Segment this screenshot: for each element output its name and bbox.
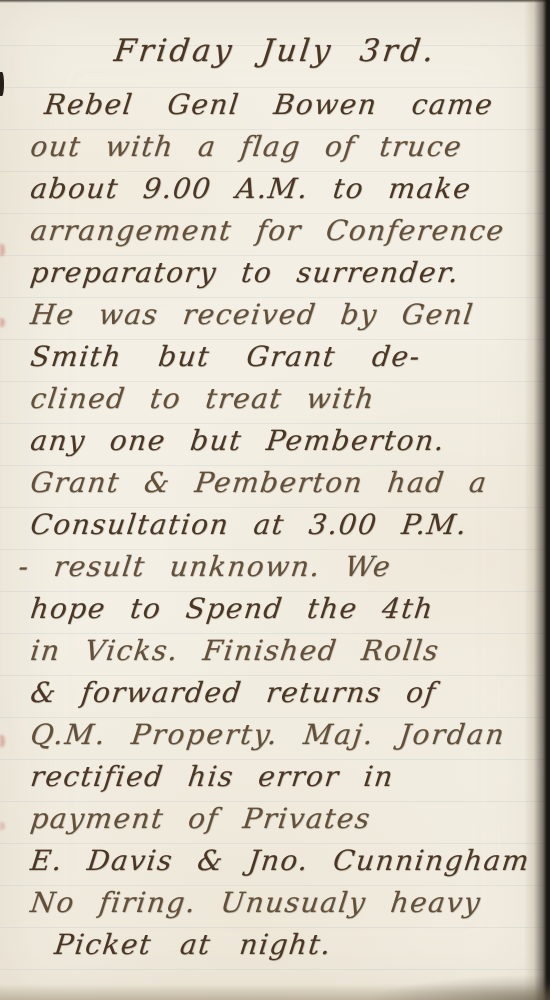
manuscript-line: He was received by Genl <box>0 294 550 336</box>
manuscript-line: in Vicks. Finished Rolls <box>0 630 550 672</box>
manuscript-line: rectified his error in <box>0 756 550 798</box>
manuscript-line: about 9.00 A.M. to make <box>0 168 550 210</box>
manuscript-line: payment of Privates <box>0 798 550 840</box>
manuscript-line: arrangement for Conference <box>0 210 550 252</box>
diary-page: Friday July 3rd. Rebel Genl Bowen came o… <box>0 0 550 1000</box>
manuscript-line: out with a flag of truce <box>0 126 550 168</box>
manuscript-line: - result unknown. We <box>0 546 550 588</box>
manuscript-line: Picket at night. <box>0 924 550 966</box>
manuscript-line: Q.M. Property. Maj. Jordan <box>0 714 550 756</box>
manuscript-line: hope to Spend the 4th <box>0 588 550 630</box>
manuscript-line: Grant & Pemberton had a <box>0 462 550 504</box>
manuscript-line: preparatory to surrender. <box>0 252 550 294</box>
entry-date-heading: Friday July 3rd. <box>0 22 550 84</box>
manuscript-line: any one but Pemberton. <box>0 420 550 462</box>
manuscript-line: clined to treat with <box>0 378 550 420</box>
manuscript-line: Rebel Genl Bowen came <box>0 84 550 126</box>
bottom-right-corner-shadow <box>320 970 550 1000</box>
manuscript-text: Friday July 3rd. Rebel Genl Bowen came o… <box>0 0 550 966</box>
manuscript-line: Smith but Grant de- <box>0 336 550 378</box>
manuscript-line: E. Davis & Jno. Cunningham <box>0 840 550 882</box>
page-bottom-shadow <box>0 984 550 1000</box>
manuscript-line: & forwarded returns of <box>0 672 550 714</box>
manuscript-line: No firing. Unusualy heavy <box>0 882 550 924</box>
manuscript-line: Consultation at 3.00 P.M. <box>0 504 550 546</box>
